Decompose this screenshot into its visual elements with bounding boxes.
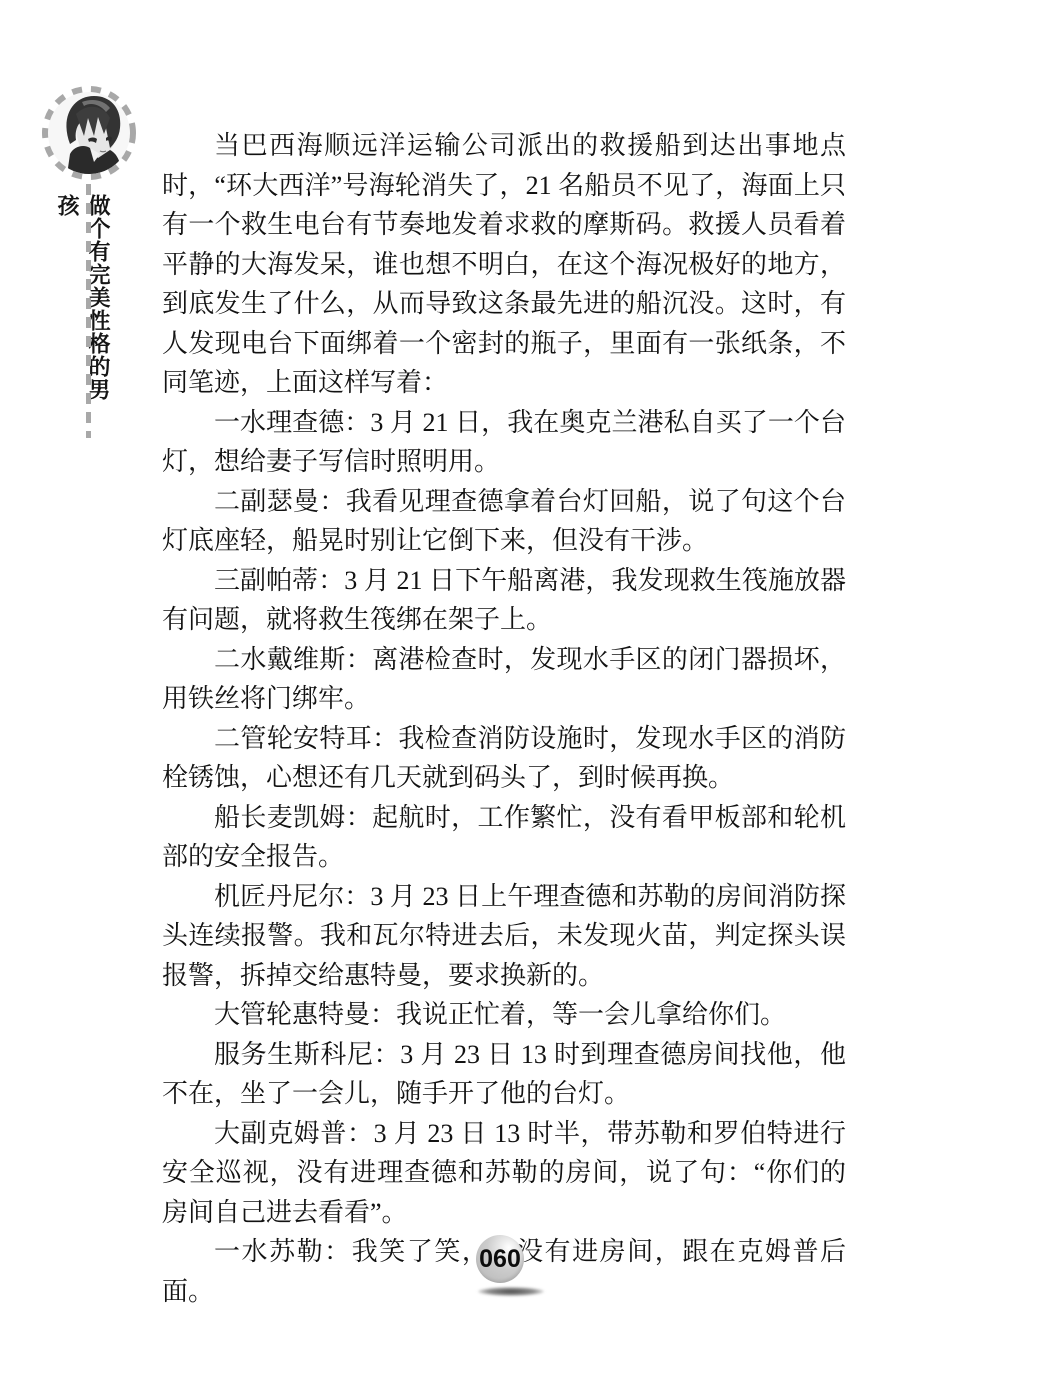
book-page: 做个有完美性格的男孩 当巴西海顺远洋运输公司派出的救援船到达出事地点时，“环大西… (0, 0, 1038, 1388)
paragraph-patty: 三副帕蒂：3 月 21 日下午船离港，我发现救生筏施放器有问题，就将救生筏绑在架… (162, 561, 846, 640)
paragraph-skoni: 服务生斯科尼：3 月 23 日 13 时到理查德房间找他，他不在，坐了一会儿，随… (162, 1035, 846, 1114)
anime-boy-avatar-icon (40, 84, 138, 182)
page-badge-shadow (478, 1287, 544, 1296)
series-title: 做个有完美性格的男孩 (51, 194, 113, 420)
paragraph-seman: 二副瑟曼：我看见理查德拿着台灯回船，说了句这个台灯底座轻，船晃时别让它倒下来，但… (162, 482, 846, 561)
page-number: 060 (479, 1245, 521, 1274)
sidebar: 做个有完美性格的男孩 (0, 0, 160, 500)
page-footer: 060 (0, 1232, 1038, 1312)
paragraph-whitman: 大管轮惠特曼：我说正忙着，等一会儿拿给你们。 (162, 995, 846, 1035)
dashed-divider-line (86, 184, 91, 438)
paragraph-kemp: 大副克姆普：3 月 23 日 13 时半，带苏勒和罗伯特进行安全巡视，没有进理查… (162, 1114, 846, 1233)
paragraph-intro: 当巴西海顺远洋运输公司派出的救援船到达出事地点时，“环大西洋”号海轮消失了，21… (162, 126, 846, 403)
paragraph-richard: 一水理查德：3 月 21 日，我在奥克兰港私自买了一个台灯，想给妻子写信时照明用… (162, 403, 846, 482)
paragraph-daniel: 机匠丹尼尔：3 月 23 日上午理查德和苏勒的房间消防探头连续报警。我和瓦尔特进… (162, 877, 846, 996)
author-avatar (40, 84, 138, 182)
page-number-badge: 060 (476, 1235, 524, 1283)
paragraph-captain: 船长麦凯姆：起航时，工作繁忙，没有看甲板部和轮机部的安全报告。 (162, 798, 846, 877)
paragraph-davis: 二水戴维斯：离港检查时，发现水手区的闭门器损坏，用铁丝将门绑牢。 (162, 640, 846, 719)
paragraph-anteer: 二管轮安特耳：我检查消防设施时，发现水手区的消防栓锈蚀，心想还有几天就到码头了，… (162, 719, 846, 798)
page-text: 当巴西海顺远洋运输公司派出的救援船到达出事地点时，“环大西洋”号海轮消失了，21… (162, 126, 846, 1311)
